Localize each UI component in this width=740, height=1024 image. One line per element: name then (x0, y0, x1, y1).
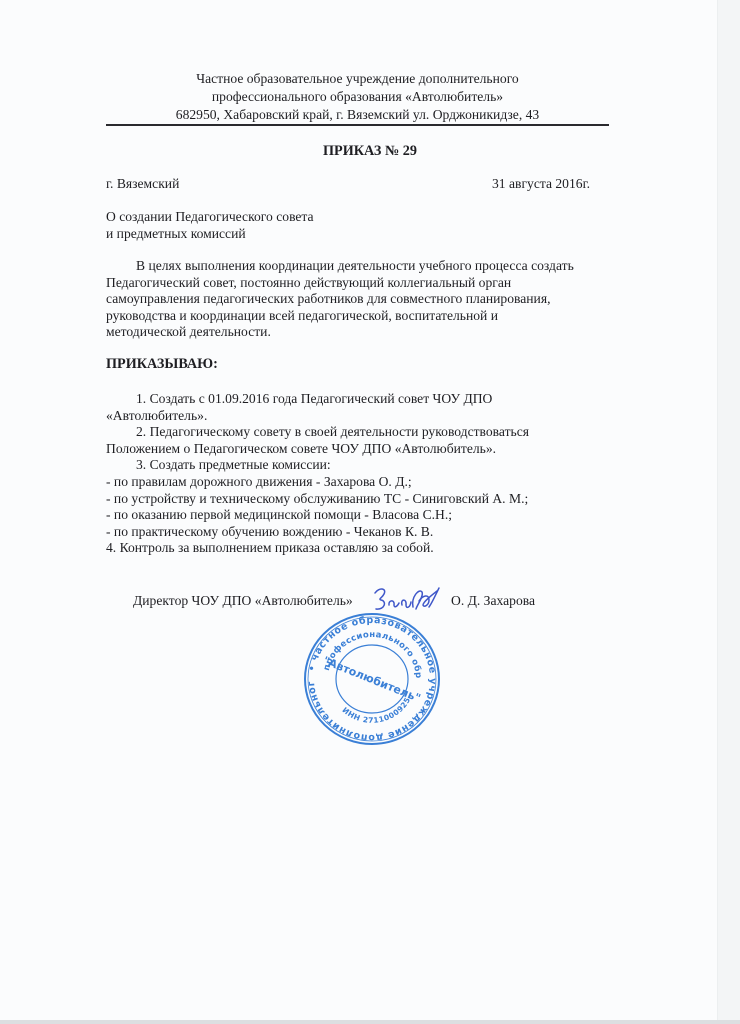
order-item: 1. Создать с 01.09.2016 года Педагогичес… (106, 391, 529, 408)
order-subject: О создании Педагогического совета и пред… (106, 209, 314, 242)
order-item: 4. Контроль за выполнением приказа остав… (106, 540, 529, 557)
preamble-line: В целях выполнения координации деятельно… (106, 258, 609, 275)
letterhead-divider (106, 124, 609, 126)
order-item: - по практическому обучению вождению - Ч… (106, 524, 529, 541)
svg-text:ИНН 2711000925: ИНН 2711000925 (340, 696, 412, 725)
order-title: ПРИКАЗ № 29 (0, 143, 740, 160)
preamble-line: руководства и координации всей педагогич… (106, 308, 609, 325)
letterhead-address: 682950, Хабаровский край, г. Вяземский у… (106, 106, 609, 124)
order-item: - по правилам дорожного движения - Захар… (106, 474, 529, 491)
order-item: - по оказанию первой медицинской помощи … (106, 507, 529, 524)
orders-heading: ПРИКАЗЫВАЮ: (106, 356, 218, 373)
signature-name: О. Д. Захарова (451, 593, 535, 609)
order-date: 31 августа 2016г. (492, 176, 590, 192)
order-item: 2. Педагогическому совету в своей деятел… (106, 424, 529, 441)
letterhead-line: Частное образовательное учреждение допол… (106, 70, 609, 88)
stamp-seal-icon: • частное образовательное учреждение доп… (302, 611, 442, 747)
stamp-inn-text: ИНН 2711000925 (340, 696, 412, 725)
order-item: «Автолюбитель». (106, 408, 529, 425)
letterhead: Частное образовательное учреждение допол… (106, 70, 609, 124)
letterhead-line: профессионального образования «Автолюбит… (106, 88, 609, 106)
order-item: Положением о Педагогическом совете ЧОУ Д… (106, 441, 529, 458)
scan-bottom-edge (0, 1020, 740, 1024)
order-place: г. Вяземский (106, 176, 179, 192)
subject-line: и предметных комиссий (106, 226, 314, 243)
orders-list: 1. Создать с 01.09.2016 года Педагогичес… (106, 391, 529, 557)
order-item: - по устройству и техническому обслужива… (106, 491, 529, 508)
preamble: В целях выполнения координации деятельно… (106, 258, 609, 341)
preamble-line: Педагогический совет, постоянно действую… (106, 275, 609, 292)
order-item: 3. Создать предметные комиссии: (106, 457, 529, 474)
subject-line: О создании Педагогического совета (106, 209, 314, 226)
preamble-line: методической деятельности. (106, 324, 609, 341)
preamble-line: самоуправления педагогических работников… (106, 291, 609, 308)
signature-position: Директор ЧОУ ДПО «Автолюбитель» (133, 593, 353, 609)
